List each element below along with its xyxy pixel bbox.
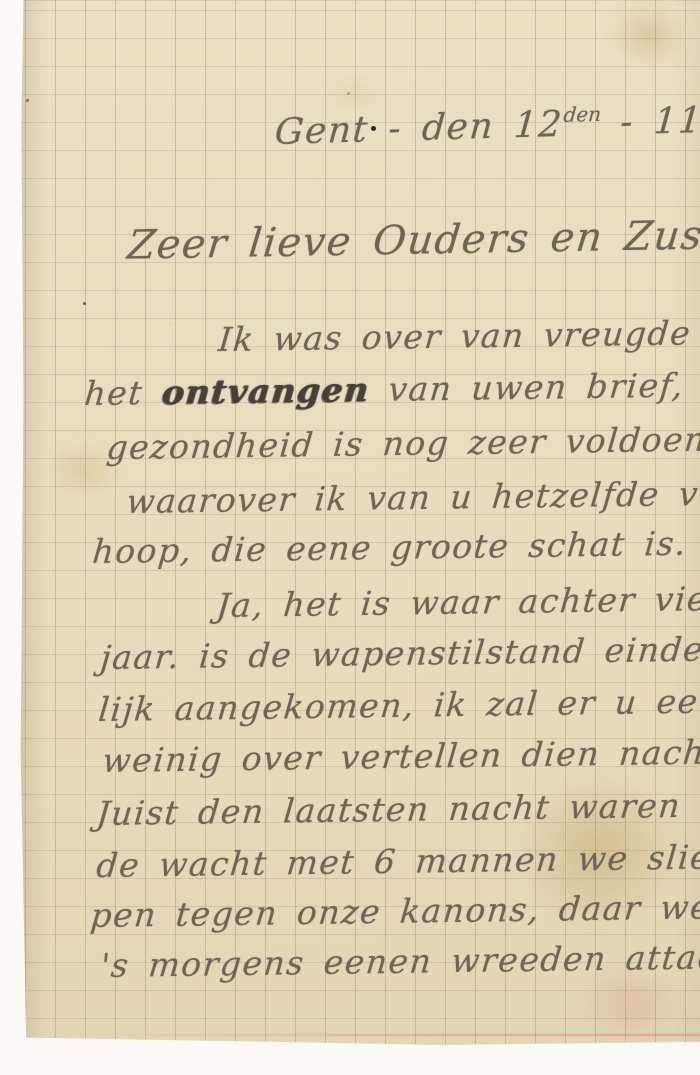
- dateline-den: den: [421, 105, 516, 149]
- red-margin-rule: [70, 1034, 700, 1036]
- dateline-day: 12: [513, 104, 565, 146]
- dateline-place: Gent: [273, 109, 390, 153]
- ink-speck: [26, 99, 29, 102]
- salutation-text: Zeer lieve Ouders en Zusters: [125, 211, 700, 269]
- dateline-month-year: - 11 - 18: [599, 97, 700, 144]
- body-line-13-text: 's morgens eenen wreeden attac: [99, 937, 700, 985]
- dateline-day-ordinal: den: [563, 102, 602, 127]
- scanned-letter-page: Gent - den 12den - 11 - 18 Zeer lieve Ou…: [0, 0, 700, 1075]
- body-line-13: 's morgens eenen wreeden attac: [19, 898, 700, 1025]
- dateline-separator: -: [387, 108, 424, 150]
